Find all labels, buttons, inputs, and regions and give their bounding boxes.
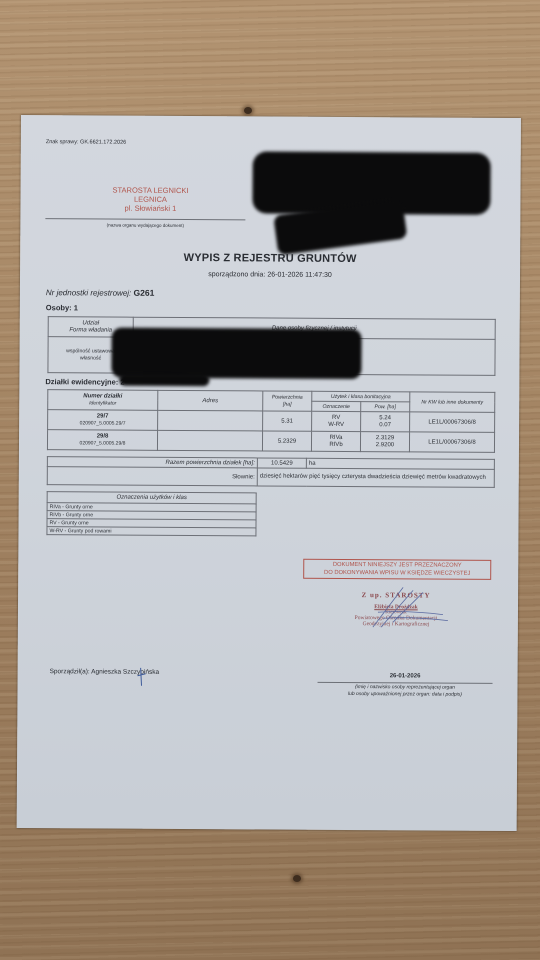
generated-timestamp: sporządzono dnia: 26-01-2026 11:47:30 xyxy=(20,270,520,280)
table-row: 29/8 020907_5.0005.29/8 5.2329 RIVaRIVb … xyxy=(47,430,494,453)
totals-table: Razem powierzchnia działek [ha]: 10.5429… xyxy=(47,456,495,488)
document-page: Znak sprawy: GK.6621.172.2026 STAROSTA L… xyxy=(17,115,521,831)
registry-unit: Nr jednostki rejestrowej: G261 xyxy=(46,287,154,298)
sign-date: 26-01-2026 xyxy=(318,673,493,680)
issuer-block: STAROSTA LEGNICKI LEGNICA pl. Słowiański… xyxy=(80,185,220,213)
col-kw: Nr KW lub inne dokumenty xyxy=(410,392,495,413)
wood-knot xyxy=(244,107,252,114)
case-reference: Znak sprawy: GK.6621.172.2026 xyxy=(46,139,126,145)
issuer-address: pl. Słowiański 1 xyxy=(80,203,220,213)
col-area: Powierzchnia [ha] xyxy=(263,391,312,411)
col-use-area: Pow. [ha] xyxy=(361,402,410,412)
sign-caption: (imię i nazwisko osoby reprezentującej o… xyxy=(317,684,492,699)
col-land-use: Użytek i klasa bonitacyjna xyxy=(312,391,410,402)
land-registry-stamp: DOKUMENT NINIEJSZY JEST PRZEZNACZONY DO … xyxy=(303,559,491,580)
col-parcel-number: Numer działki Identyfikator xyxy=(48,390,158,411)
wood-knot xyxy=(293,875,301,882)
parcels-heading: Działki ewidencyjne: 2 xyxy=(45,377,124,386)
initials-mark xyxy=(136,668,148,688)
col-address: Adres xyxy=(158,390,263,411)
col-use-mark: Oznaczenie xyxy=(312,401,361,411)
registry-unit-value: G261 xyxy=(133,288,154,298)
total-area-value: 10.5429 xyxy=(257,458,306,468)
total-words-value: dziesięć hektarów pięć tysięcy czterysta… xyxy=(257,468,494,487)
total-words-label: Słownie: xyxy=(47,467,257,486)
signature-scribble xyxy=(363,582,453,633)
redaction-mark xyxy=(111,328,361,380)
legend-table: Oznaczenia użytków i klas RIVa - Grunty … xyxy=(46,491,256,536)
persons-heading: Osoby: 1 xyxy=(46,303,78,312)
redaction-mark xyxy=(119,374,209,387)
registry-unit-label: Nr jednostki rejestrowej: xyxy=(46,288,131,298)
table-row: 29/7 020907_5.0005.29/7 5.31 RVW-RV 5.24… xyxy=(48,410,495,433)
document-title: WYPIS Z REJESTRU GRUNTÓW xyxy=(20,251,520,266)
issuer-caption: (nazwa organu wydającego dokument) xyxy=(45,222,245,228)
parcels-table: Numer działki Identyfikator Adres Powier… xyxy=(47,389,495,453)
legend-item: W-RV - Grunty pod rowami xyxy=(47,527,256,536)
